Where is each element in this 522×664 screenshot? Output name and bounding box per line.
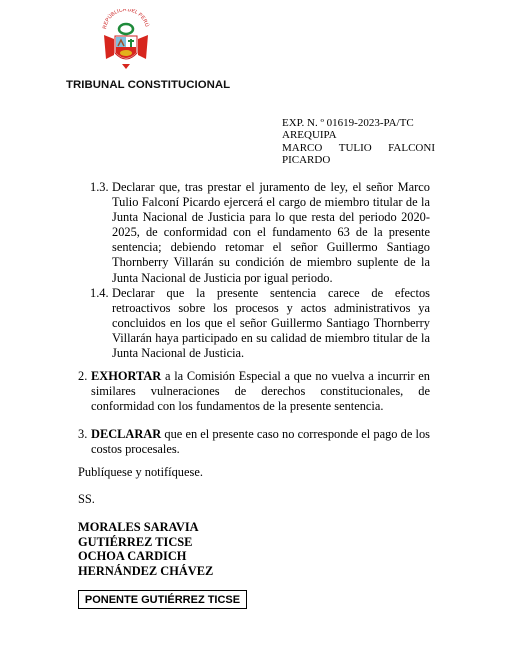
- signatories: MORALES SARAVIA GUTIÉRREZ TICSE OCHOA CA…: [78, 520, 213, 578]
- ss-label: SS.: [78, 492, 95, 507]
- resolution-item-1-3: 1.3. Declarar que, tras prestar el juram…: [90, 180, 430, 286]
- signatory: GUTIÉRREZ TICSE: [78, 535, 213, 550]
- signatory: OCHOA CARDICH: [78, 549, 213, 564]
- resolution-item-2: 2. EXHORTAR a la Comisión Especial a que…: [78, 369, 430, 414]
- svg-text:REPÚBLICA DEL PERÚ: REPÚBLICA DEL PERÚ: [102, 9, 150, 29]
- case-city: AREQUIPA: [282, 129, 435, 141]
- signatory: MORALES SARAVIA: [78, 520, 213, 535]
- resolution-item-1-4: 1.4. Declarar que la presente sentencia …: [90, 286, 430, 361]
- case-party-line2: PICARDO: [282, 154, 435, 166]
- case-party-line1: MARCO TULIO FALCONI: [282, 142, 435, 154]
- case-header: EXP. N. º 01619-2023-PA/TC AREQUIPA MARC…: [282, 117, 435, 167]
- closing-text: Publíquese y notifíquese.: [78, 465, 203, 480]
- resolution-item-3: 3. DECLARAR que en el presente caso no c…: [78, 427, 430, 457]
- case-number: EXP. N. º 01619-2023-PA/TC: [282, 117, 435, 129]
- signatory: HERNÁNDEZ CHÁVEZ: [78, 564, 213, 579]
- ponente-box: PONENTE GUTIÉRREZ TICSE: [78, 590, 247, 609]
- peru-coat-of-arms-icon: REPÚBLICA DEL PERÚ: [98, 9, 154, 71]
- organization-name: TRIBUNAL CONSTITUCIONAL: [66, 79, 230, 91]
